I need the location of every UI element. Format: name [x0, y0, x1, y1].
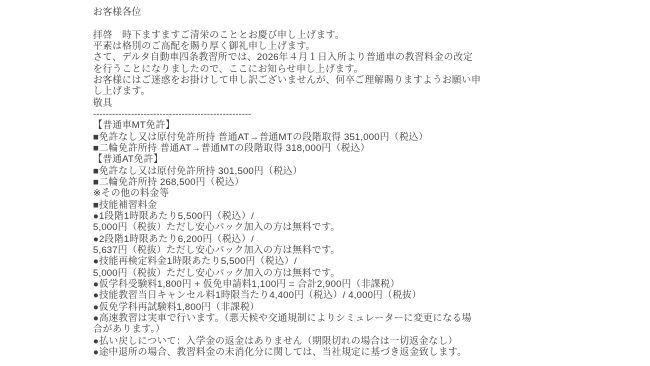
fee-line-14: 5,000円（税抜）ただし安心パック加入の方は無料です。	[93, 268, 573, 279]
fee-line-17: ●仮免学科再試験料1,800円（非課税）	[93, 302, 573, 313]
greeting-line-2: 平素は格別のご高配を賜り厚く御礼申し上げます。	[93, 41, 573, 52]
fee-line-16: ●技能教習当日キャンセル料1時限当たり4,400円（税込）/ 4,000円（税抜…	[93, 290, 573, 301]
blank-line	[93, 18, 573, 29]
fee-line-7: ※その他の料金等	[93, 188, 573, 199]
fee-line-2: ■免許なし又は原付免許所持 普通AT→普通MTの段階取得 351,000円（税込…	[93, 132, 573, 143]
fee-line-12: 5,637円（税抜）ただし安心パック加入の方は無料です。	[93, 245, 573, 256]
fee-line-15: ●仮学科受験料1,800円 + 仮免申請料1,100円 = 合計2,900円（非…	[93, 279, 573, 290]
fee-line-13: ●技能再検定料金1時限あたり5,500円（税込）/	[93, 256, 573, 267]
fee-line-1: 【普通車MT免許】	[93, 120, 573, 131]
separator-line: ----------------------------------------…	[93, 109, 573, 120]
greeting-line-6: し上げます。	[93, 86, 573, 97]
letter-document: お客様各位 拝啓 時下ますますご清栄のこととお慶び申し上げます。平素は格別のご高…	[93, 7, 573, 358]
fee-line-20: ●払い戻しについて：入学金の返金はありません（期限切れの場合は一切返金なし）	[93, 336, 573, 347]
fee-line-6: ■二輪免許所持 268,500円（税込）	[93, 177, 573, 188]
fee-line-10: 5,000円（税抜）ただし安心パック加入の方は無料です。	[93, 222, 573, 233]
greeting-line-1: 拝啓 時下ますますご清栄のこととお慶び申し上げます。	[93, 30, 573, 41]
fee-line-18: ●高速教習は実車で行います。（悪天候や交通規制によりシミュレーターに変更になる場	[93, 313, 573, 324]
fee-line-9: ●1段階1時限あたり5,500円（税込）/	[93, 211, 573, 222]
salutation-line: お客様各位	[93, 7, 573, 18]
greeting-line-5: お客様にはご迷惑をお掛けして申し訳ございませんが、何卒ご理解賜りますようお願い申	[93, 75, 573, 86]
fee-line-19: 合があります。）	[93, 324, 573, 335]
fee-line-8: ■技能補習料金	[93, 200, 573, 211]
fee-line-5: ■免許なし又は原付免許所持 301,500円（税込）	[93, 166, 573, 177]
fee-line-21: ●途中退所の場合、教習料金の未消化分に関しては、当社規定に基づき返金致します。	[93, 347, 573, 358]
fee-line-3: ■二輪免許所持 普通AT→普通MTの段階取得 318,000円（税込）	[93, 143, 573, 154]
fee-line-4: 【普通AT免許】	[93, 154, 573, 165]
greeting-line-3: さて、デルタ自動車四条教習所では、2026年４月１日入所より普通車の教習料金の改…	[93, 52, 573, 63]
fee-line-11: ●2段階1時限あたり6,200円（税込）/	[93, 234, 573, 245]
greeting-line-4: を行うことになりましたので、ここにお知らせ申し上げます。	[93, 64, 573, 75]
closing-line: 敬具	[93, 98, 573, 109]
